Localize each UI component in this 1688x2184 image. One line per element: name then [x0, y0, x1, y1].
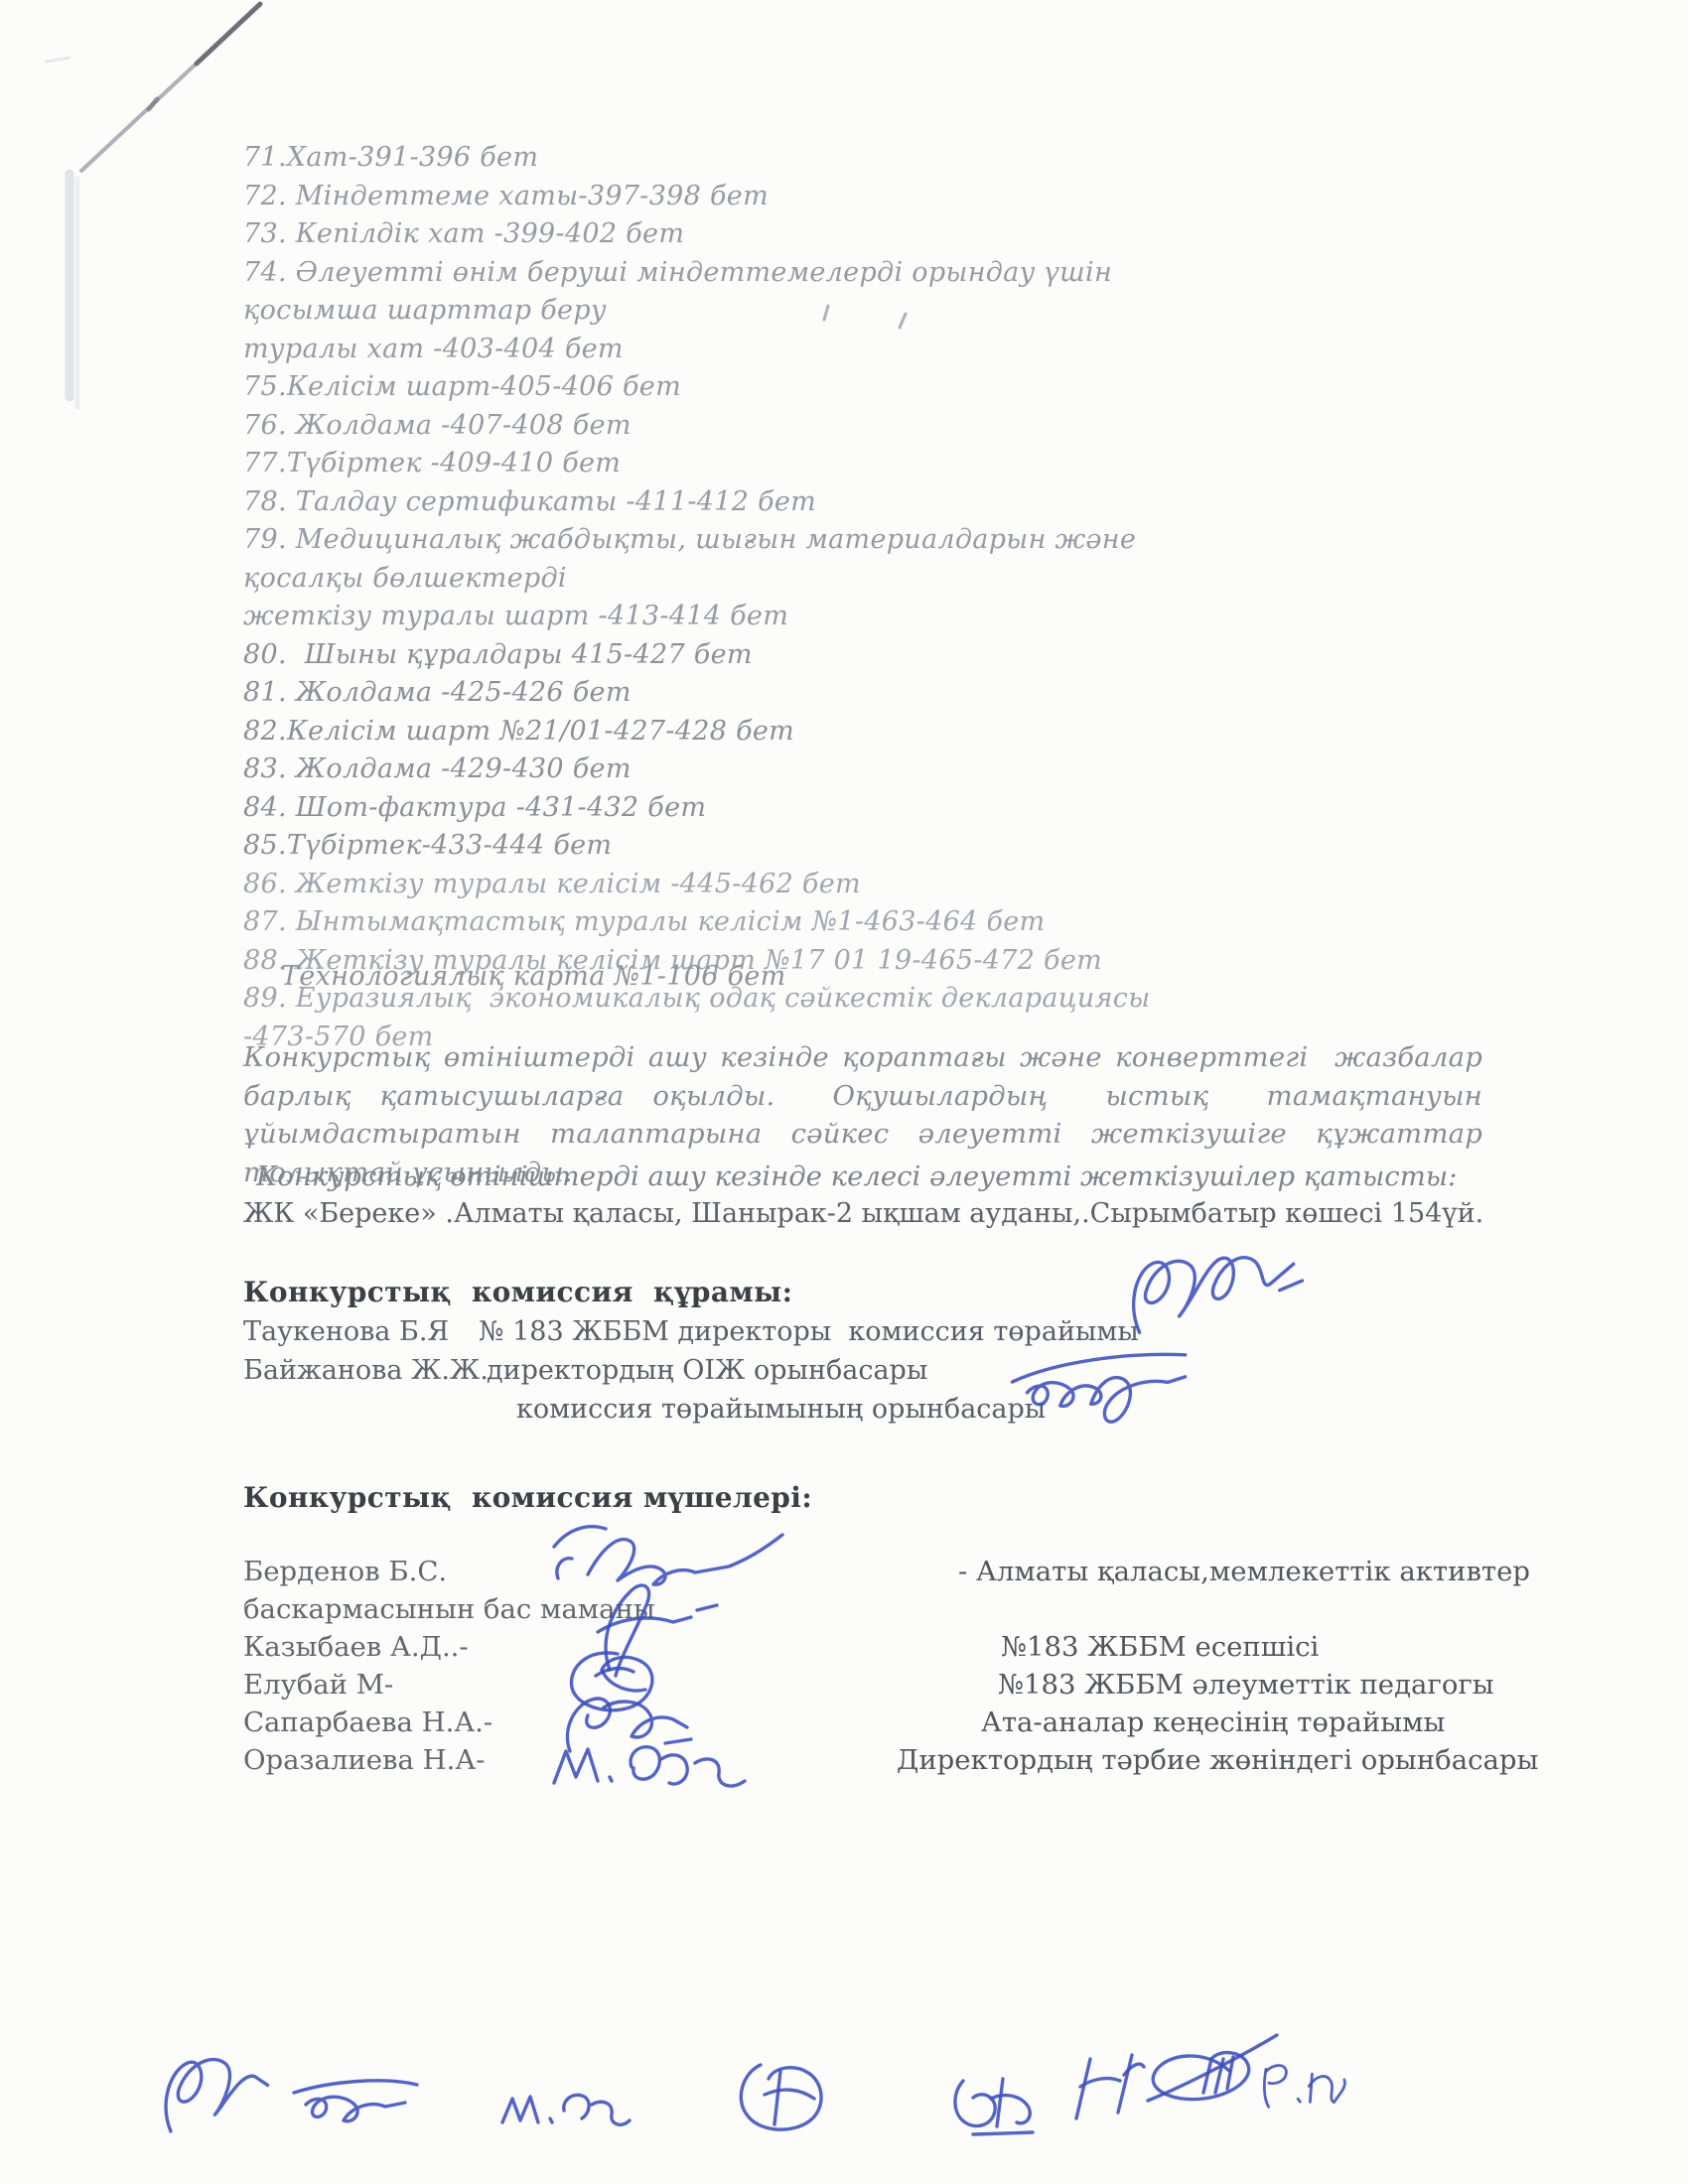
list-item: 85.Түбіртек-433-444 бет: [243, 827, 1172, 866]
commission-member-name: Таукенова Б.Я: [243, 1316, 449, 1347]
list-item: 81. Жолдама -425-426 бет: [243, 674, 1172, 713]
document-index-list: 71.Хат-391-396 бет 72. Міндеттеме хаты-3…: [243, 139, 1172, 1056]
member-name: Елубай М-: [243, 1669, 393, 1701]
list-item: 78. Талдау сертификаты -411-412 бет: [243, 483, 1172, 522]
members-heading: Конкурстық комиссия мүшелері:: [243, 1481, 812, 1514]
ink-speck-artifact: [632, 653, 657, 683]
commission-member-role: № 183 ЖББМ директоры комиссия төрайымы: [479, 1316, 1139, 1347]
list-item: 83. Жолдама -429-430 бет: [243, 751, 1172, 789]
list-item: 76. Жолдама -407-408 бет: [243, 407, 1172, 446]
member-role: Директордың тәрбие жөніндегі орынбасары: [897, 1744, 1538, 1776]
list-item: 86. Жеткізу туралы келісім -445-462 бет: [243, 866, 1172, 904]
list-item: 82.Келісім шарт №21/01-427-428 бет: [243, 713, 1172, 751]
list-item: 77.Түбіртек -409-410 бет: [243, 445, 1172, 483]
member-name: Сапарбаева Н.А.-: [243, 1706, 492, 1738]
scanned-document-page: 71.Хат-391-396 бет 72. Міндеттеме хаты-3…: [0, 0, 1688, 2184]
attendees-paragraph: Конкурстық өтініштерді ашу кезінде келес…: [256, 1158, 1487, 1196]
tech-card-line: Технологиялық карта №1-106 бет: [281, 961, 786, 992]
list-item: 84. Шот-фактура -431-432 бет: [243, 789, 1172, 828]
member-name: Берденов Б.С.: [243, 1556, 447, 1587]
list-item: 71.Хат-391-396 бет: [243, 139, 1172, 178]
list-item: 72. Міндеттеме хаты-397-398 бет: [243, 178, 1172, 216]
member-role: Ата-аналар кеңесінің төрайымы: [981, 1706, 1445, 1738]
signature-deputy-chair: [1002, 1333, 1207, 1434]
list-item: 87. Ынтымақтастық туралы келісім №1-463-…: [243, 903, 1172, 942]
member-role: №183 ЖББМ әлеуметтік педагогы: [998, 1669, 1494, 1701]
signature-orazaliyeva: [544, 1725, 753, 1805]
signature-bottom-2: [286, 2067, 425, 2128]
member-name: Оразалиева Н.А-: [243, 1744, 485, 1776]
list-item: 79. Медициналық жабдықты, шығын материал…: [243, 521, 1172, 636]
commission-heading: Конкурстық комиссия құрамы:: [243, 1276, 792, 1308]
commission-member-role: комиссия төрайымының орынбасары: [516, 1394, 1046, 1425]
signature-bottom-1: [146, 2036, 285, 2146]
list-item: 74. Әлеуетті өнім беруші міндеттемелерді…: [243, 254, 1172, 369]
signature-chair: [1113, 1225, 1316, 1357]
commission-member-name: Байжанова Ж.Ж.: [243, 1355, 489, 1386]
supplier-line: ЖК «Береке» .Алматы қаласы, Шанырак-2 ық…: [243, 1195, 1534, 1234]
signature-bottom-4: [727, 2053, 844, 2144]
member-role: - Алматы қаласы,мемлекеттік активтер: [958, 1556, 1530, 1587]
commission-member-role: директордың ОІЖ орынбасары: [487, 1355, 927, 1386]
signature-bottom-3: [494, 2077, 633, 2136]
signature-bottom-5: [941, 2067, 1046, 2141]
list-item: 75.Келісім шарт-405-406 бет: [243, 368, 1172, 407]
scan-artifact-dots: [814, 298, 923, 342]
list-item: 80. Шыны құралдары 415-427 бет: [243, 636, 1172, 675]
list-item: 73. Кепілдік хат -399-402 бет: [243, 215, 1172, 254]
signature-bottom-8: [1249, 2044, 1353, 2122]
member-name: Казыбаев А.Д..-: [243, 1631, 469, 1663]
member-role: №183 ЖББМ есепшісі: [1001, 1631, 1319, 1663]
